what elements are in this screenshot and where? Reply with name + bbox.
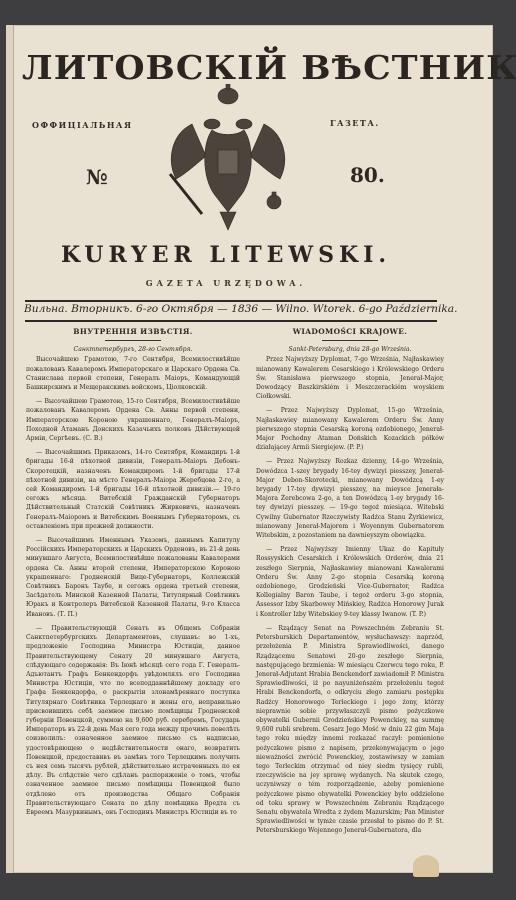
gazette-label: ГАЗЕТА.	[330, 118, 380, 128]
issue-number-value: 80.	[350, 163, 385, 187]
masthead-title-polish: KURYER LITEWSKI.	[6, 242, 446, 268]
right-column-heading: WIADOMOŚCI KRAJOWE.	[256, 327, 444, 336]
left-column-heading: ВНУТРЕННIЯ ИЗВѢСТIЯ.	[26, 327, 240, 336]
left-dateplace: Санктпетербургъ, 28-го Сентября.	[26, 345, 240, 354]
right-dateplace: Sankt-Petersburg, dnia 28-go Września.	[256, 345, 444, 354]
article-paragraph: — Przez Najwyższy Imienny Ukaz do Kapitu…	[256, 545, 444, 619]
article-paragraph: — Przez Najwyższy Dyplomat, 15-go Wrześn…	[256, 406, 444, 452]
double-headed-eagle-icon	[162, 84, 294, 232]
article-paragraph: — Высочайшимъ Именнымъ Указомъ, даннымъ …	[26, 536, 240, 619]
article-paragraph: — Przez Najwyższy Rozkaz dzienny, 14-go …	[256, 457, 444, 540]
dateline: Вильна. Вторникъ. 6-го Октября — 1836 — …	[24, 303, 440, 315]
article-paragraph: Przez Najwyższy Dyplomat, 7-go Września,…	[256, 355, 444, 401]
article-paragraph: — Высочайшею Грамотою, 15-го Сентября, В…	[26, 397, 240, 443]
article-paragraph: — Rządzący Senat na Powszechném Zebraniu…	[256, 624, 444, 836]
bottom-rule	[25, 320, 437, 322]
official-label: ОФФИЦIАЛЬНАЯ	[32, 120, 133, 130]
paper-stain	[413, 855, 439, 877]
issue-number-label: №	[86, 165, 108, 189]
masthead-title-russian: ЛИТОВСКIЙ ВѢСТНИКЪ.	[22, 48, 452, 87]
heading-rule	[105, 340, 161, 341]
top-rule	[25, 300, 437, 302]
left-column-russian: ВНУТРЕННIЯ ИЗВѢСТIЯ. Санктпетербургъ, 28…	[26, 327, 240, 822]
article-paragraph: — Правительствующiй Сенатъ въ Общемъ Соб…	[26, 624, 240, 817]
masthead-subtitle-polish: GAZETA URZĘDOWA.	[6, 278, 446, 288]
article-paragraph: Высочайшею Грамотою, 7-го Сентября, Всем…	[26, 355, 240, 392]
binding-gutter	[6, 25, 14, 873]
article-paragraph: — Высочайшимъ Приказомъ, 14-го Сентября,…	[26, 448, 240, 531]
heading-rule	[322, 340, 378, 341]
right-column-polish: WIADOMOŚCI KRAJOWE. Sankt-Petersburg, dn…	[256, 327, 444, 841]
